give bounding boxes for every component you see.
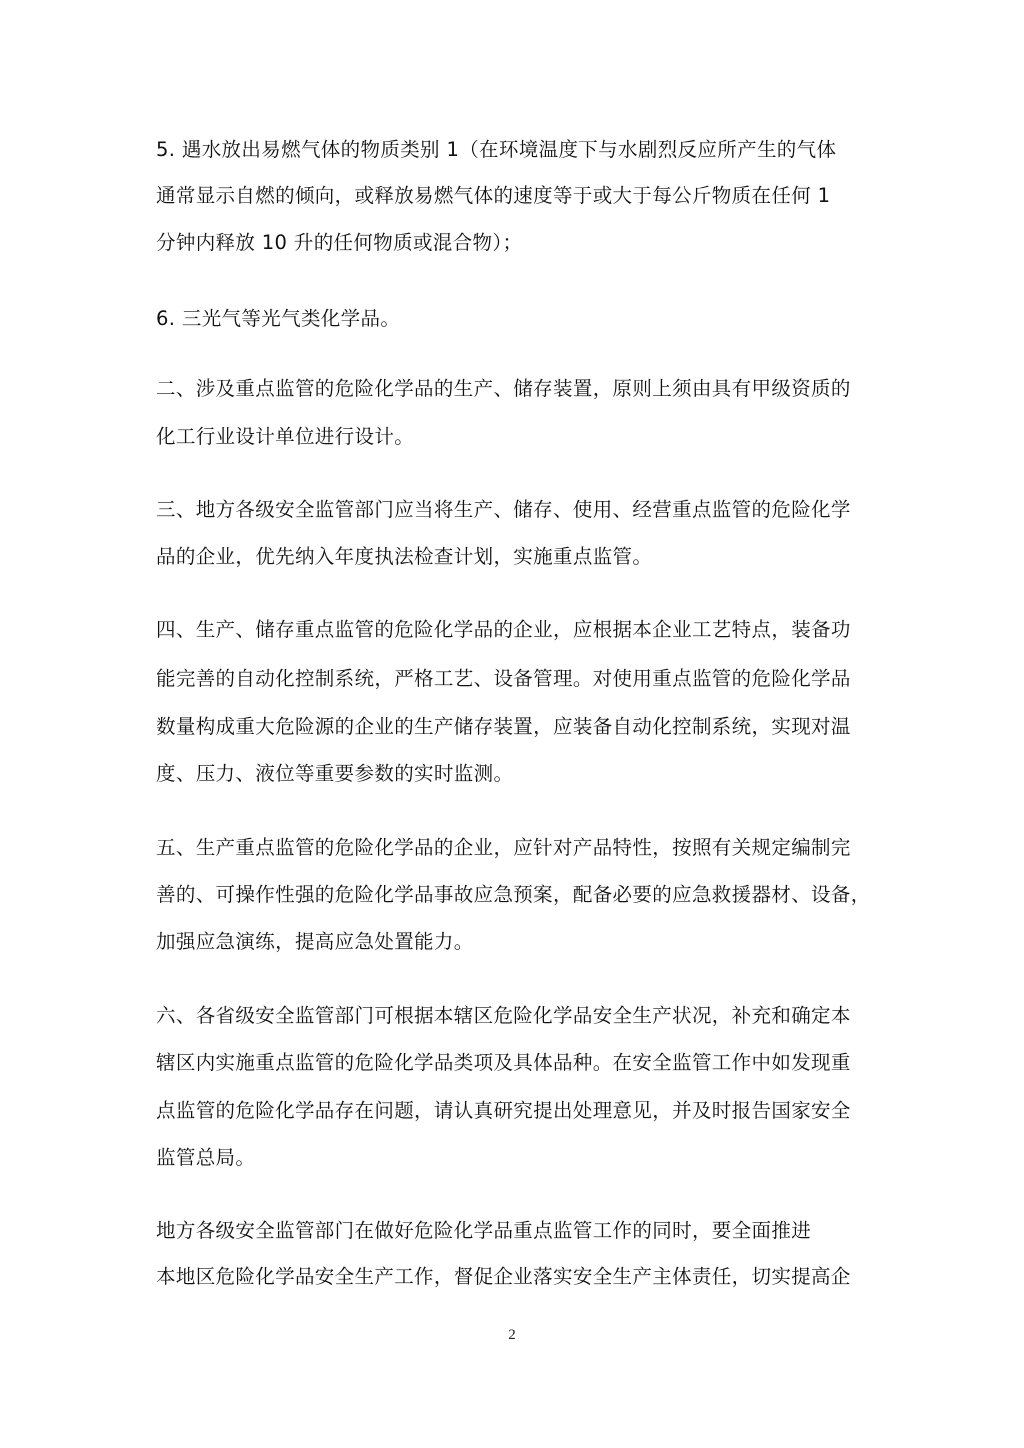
section-4-line-3: 数量构成重大危险源的企业的生产储存装置，应装备自动化控制系统，实现对温 [156,715,876,739]
closing-line-2: 本地区危险化学品安全生产工作，督促企业落实安全生产主体责任，切实提高企 [156,1265,876,1289]
section-6-line-4: 监管总局。 [156,1146,876,1170]
section-5-line-3: 加强应急演练，提高应急处置能力。 [156,930,876,954]
section-4-line-4: 度、压力、液位等重要参数的实时监测。 [156,762,876,786]
section-3-line-1: 三、地方各级安全监管部门应当将生产、储存、使用、经营重点监管的危险化学 [156,498,876,522]
section-5-line-2: 善的、可操作性强的危险化学品事故应急预案，配备必要的应急救援器材、设备， [156,883,876,907]
item-5-line-2: 通常显示自燃的倾向，或释放易燃气体的速度等于或大于每公斤物质在任何 1 [156,184,876,208]
section-6-line-2: 辖区内实施重点监管的危险化学品类项及具体品种。在安全监管工作中如发现重 [156,1051,876,1075]
item-6-line-1: 6. 三光气等光气类化学品。 [156,307,876,331]
section-6-line-3: 点监管的危险化学品存在问题，请认真研究提出处理意见，并及时报告国家安全 [156,1099,876,1123]
page-number: 2 [0,1327,1024,1344]
item-5-line-3: 分钟内释放 10 升的任何物质或混合物）； [156,231,876,255]
item-5-line-1: 5. 遇水放出易燃气体的物质类别 1（在环境温度下与水剧烈反应所产生的气体 [156,138,876,162]
section-3-line-2: 品的企业，优先纳入年度执法检查计划，实施重点监管。 [156,545,876,569]
section-5-line-1: 五、生产重点监管的危险化学品的企业，应针对产品特性，按照有关规定编制完 [156,836,876,860]
section-4-line-2: 能完善的自动化控制系统，严格工艺、设备管理。对使用重点监管的危险化学品 [156,667,876,691]
section-4-line-1: 四、生产、储存重点监管的危险化学品的企业，应根据本企业工艺特点，装备功 [156,618,876,642]
closing-line-1: 地方各级安全监管部门在做好危险化学品重点监管工作的同时，要全面推进 [156,1219,876,1243]
section-2-line-1: 二、涉及重点监管的危险化学品的生产、储存装置，原则上须由具有甲级资质的 [156,377,876,401]
section-2-line-2: 化工行业设计单位进行设计。 [156,425,876,449]
document-page: 5. 遇水放出易燃气体的物质类别 1（在环境温度下与水剧烈反应所产生的气体 通常… [0,0,1024,1448]
section-6-line-1: 六、各省级安全监管部门可根据本辖区危险化学品安全生产状况，补充和确定本 [156,1004,876,1028]
